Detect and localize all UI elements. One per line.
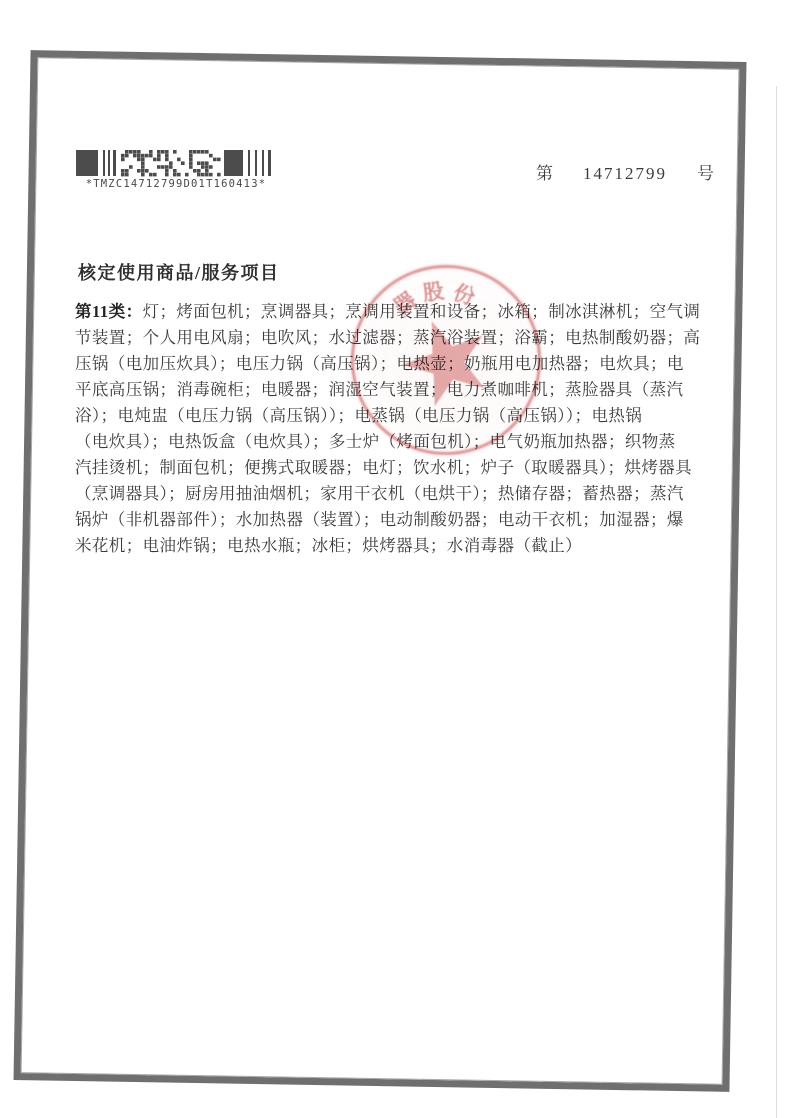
scanned-certificate-page: *TMZC14712799D01T160413* 第14712799号 核定使用… — [0, 0, 790, 1118]
goods-line: 汽挂烫机；制面包机；便携式取暖器；电灯；饮水机；炉子（取暖器具）；烘烤器具 — [75, 455, 735, 481]
section-title: 核定使用商品/服务项目 — [78, 259, 280, 285]
cert-no-prefix: 第 — [536, 164, 553, 183]
scan-edge-artifact — [776, 86, 777, 1118]
class-label: 第11类： — [75, 302, 143, 321]
stamp-char: 股 — [420, 279, 447, 306]
cert-no-suffix: 号 — [697, 164, 714, 183]
certificate-number: 第14712799号 — [536, 159, 714, 184]
goods-line: 锅炉（非机器部件）；水加热器（装置）；电动制酸奶器；电动干衣机；加湿器；爆 — [75, 507, 735, 533]
barcode: *TMZC14712799D01T160413* — [76, 150, 276, 190]
barcode-icon — [76, 150, 276, 177]
stamp-char: 器 — [388, 287, 421, 320]
goods-line: 米花机；电油炸锅；电热水瓶；冰柜；烘烤器具；水消毒器（截止） — [75, 533, 735, 559]
stamp-char: 份 — [449, 280, 480, 311]
goods-line: （烹调器具）；厨房用抽油烟机；家用干衣机（电烘干）；热储存器；蓄热器；蒸汽 — [75, 481, 735, 507]
stamp-star-icon — [388, 302, 503, 417]
barcode-text: *TMZC14712799D01T160413* — [76, 178, 276, 190]
cert-no-value: 14712799 — [583, 164, 667, 183]
page-border-frame — [14, 50, 747, 1092]
